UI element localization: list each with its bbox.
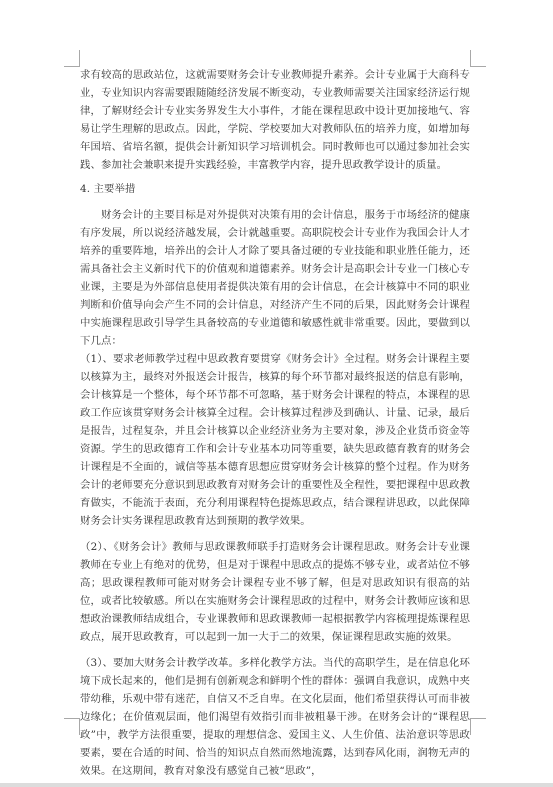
margin-corner-mark-top-left: [64, 50, 80, 67]
margin-corner-mark-bottom-left: [64, 718, 80, 735]
margin-corner-mark-top-right: [470, 50, 486, 67]
paragraph-spacing: [80, 198, 470, 206]
list-item-3: （3）、要加大财务会计教学改革。多样化教学方法。当代的高职学生，是在信息化环境下…: [80, 654, 470, 780]
paragraph-spacing: [80, 530, 470, 538]
document-page: 求有较高的思政站位，这就需要财务会计专业教师提升素养。会计专业属于大商科专业，专…: [0, 0, 553, 783]
paragraph-spacing: [80, 646, 470, 654]
list-item-1: （1）、要求老师教学过程中思政教育要贯穿《财务会计》全过程。财务会计课程主要以核…: [80, 350, 470, 530]
page-bottom-edge: [0, 783, 553, 787]
list-item-2: （2）、《财务会计》教师与思政课教师联手打造财务会计课程思政。财务会计专业课教师…: [80, 538, 470, 646]
section-heading: 4. 主要举措: [80, 180, 470, 198]
section-paragraph: 财务会计的主要目标是对外提供对决策有用的会计信息，服务于市场经济的健康有序发展，…: [80, 206, 470, 350]
document-body[interactable]: 求有较高的思政站位，这就需要财务会计专业教师提升素养。会计专业属于大商科专业，专…: [80, 66, 470, 780]
margin-corner-mark-bottom-right: [470, 718, 486, 735]
intro-paragraph: 求有较高的思政站位，这就需要财务会计专业教师提升素养。会计专业属于大商科专业，专…: [80, 66, 470, 174]
